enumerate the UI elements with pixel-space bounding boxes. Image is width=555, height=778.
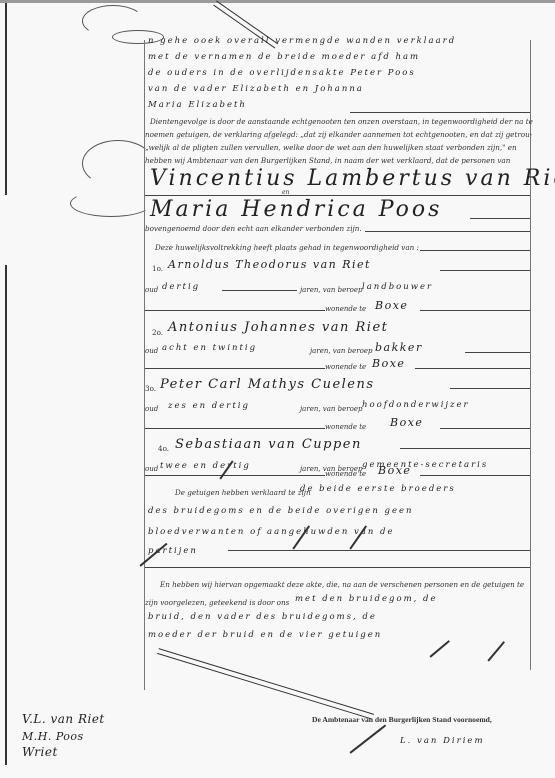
flourish-mid-loop — [70, 190, 152, 217]
witness-2-oud-label: oud — [145, 347, 158, 355]
witness-2-wonende-label: wonende te — [325, 363, 366, 371]
left-margin-line — [5, 3, 7, 195]
witness-relation-line-2: des bruidegoms en de beide overigen geen — [148, 506, 414, 516]
witness-1-occupation: landbouwer — [362, 282, 433, 292]
relation-end-rule — [228, 550, 530, 551]
officer-caption: De Ambtenaar van den Burgerlijken Stand … — [312, 715, 492, 724]
united-rule — [365, 231, 530, 232]
witness-1-res-rule-2 — [420, 310, 530, 311]
closing-line-2: zijn voorgelezen, geteekend is door ons — [145, 598, 289, 607]
witnesses-intro: Deze huwelijksvoltrekking heeft plaats g… — [155, 243, 419, 252]
witness-1-age: dertig — [162, 282, 200, 292]
signature-groom: V.L. van Riet — [22, 712, 105, 726]
witness-4-number: 4o. — [158, 444, 169, 453]
signature-third: Wriet — [22, 745, 58, 759]
witness-4-name-rule — [400, 448, 530, 449]
witness-3-occupation: hoofdonderwijzer — [362, 400, 470, 410]
scan-top-edge — [0, 0, 555, 3]
witness-1-res-rule — [145, 310, 325, 311]
closing-hand-line-2: bruid, den vader des bruidegoms, de — [148, 612, 377, 622]
witness-2-residence: Boxe — [372, 357, 405, 370]
witness-4-res-rule — [145, 475, 325, 476]
witness-1-wonende-label: wonende te — [325, 305, 366, 313]
witness-3-name: Peter Carl Mathys Cuelens — [160, 377, 375, 392]
witness-2-age: acht en twintig — [162, 343, 257, 353]
witness-1-residence: Boxe — [375, 299, 408, 312]
declaration-line-3: „welijk al de pligten zullen vervullen, … — [145, 143, 517, 152]
witness-4-residence: Boxe — [378, 464, 411, 477]
signature-bride: M.H. Poos — [22, 730, 84, 743]
closing-hand-line-3: moeder der bruid en de vier getuigen — [148, 630, 382, 640]
left-margin-line-lower — [5, 265, 7, 765]
witness-3-residence: Boxe — [390, 416, 423, 429]
bride-name: Maria Hendrica Poos — [150, 197, 442, 222]
witness-1-name: Arnoldus Theodorus van Riet — [168, 258, 371, 271]
preamble-line-5: Maria Elizabeth — [148, 100, 247, 110]
witness-4-age: twee en dertig — [160, 461, 251, 471]
pen-slash — [350, 724, 386, 753]
declaration-line-2: noemen getuigen, de verklaring afgelegd:… — [145, 130, 532, 139]
witness-4-oud-label: oud — [145, 465, 158, 473]
witness-3-oud-label: oud — [145, 405, 158, 413]
declaration-line-4: hebben wij Ambtenaar van den Burgerlijke… — [145, 156, 510, 165]
witness-3-beroep-label: jaren, van beroep — [300, 405, 362, 413]
witness-1-age-rule — [222, 290, 297, 291]
pen-slash — [487, 641, 504, 661]
witness-3-wonende-label: wonende te — [325, 423, 366, 431]
united-text: bovengenoemd door den echt aan elkander … — [145, 224, 362, 233]
preamble-line-4: van de vader Elizabeth en Johanna — [148, 84, 364, 94]
officer-signature: L. van Diriem — [400, 736, 485, 746]
witness-declaration-text: De getuigen hebben verklaard te zijn — [175, 488, 311, 497]
witness-2-occ-rule — [465, 352, 530, 353]
witness-1-number: 1o. — [152, 264, 163, 273]
preamble-line-2: met de vernamen de breide moeder afd ham — [148, 52, 420, 62]
witnesses-intro-rule — [420, 250, 530, 251]
conjunction-en: en — [282, 189, 289, 196]
witness-relation-line-1: de beide eerste broeders — [300, 484, 456, 494]
preamble-line-1: n gehe ooek overall vermengde wanden ver… — [148, 36, 456, 46]
witness-3-name-rule — [450, 388, 530, 389]
closing-pen-stroke — [157, 648, 374, 720]
scanned-document-page: n gehe ooek overall vermengde wanden ver… — [0, 0, 555, 778]
witness-2-res-rule — [145, 368, 325, 369]
witness-4-name: Sebastiaan van Cuppen — [175, 437, 362, 452]
witness-2-number: 2o. — [152, 328, 163, 337]
witness-2-occupation: bakker — [375, 341, 423, 354]
bride-rule — [470, 218, 530, 219]
witness-2-name: Antonius Johannes van Riet — [168, 320, 388, 335]
witness-4-res-rule-2 — [420, 475, 530, 476]
witness-4-wonende-label: wonende te — [325, 470, 366, 478]
witness-3-number: 3o. — [145, 384, 156, 393]
pen-slash — [429, 640, 449, 657]
closing-line-1: En hebben wij hiervan opgemaakt deze akt… — [160, 580, 524, 589]
witness-3-res-rule — [145, 428, 325, 429]
witness-3-age: zes en dertig — [168, 401, 250, 411]
preamble-line-3: de ouders in de overlijdensakte Peter Po… — [148, 68, 416, 78]
groom-name: Vincentius Lambertus van Riet — [150, 166, 555, 191]
section-divider-rule — [145, 567, 530, 568]
witness-3-res-rule-2 — [440, 428, 530, 429]
witness-1-name-rule — [440, 270, 530, 271]
witness-1-beroep-label: jaren, van beroep — [300, 286, 362, 294]
witness-1-oud-label: oud — [145, 286, 158, 294]
declaration-line-1: Dientengevolge is door de aanstaande ech… — [150, 117, 533, 126]
witness-2-beroep-label: jaren, van beroep — [310, 347, 372, 355]
preamble-end-rule — [350, 112, 530, 113]
witness-2-res-rule-2 — [415, 368, 530, 369]
closing-hand-line-1: met den bruidegom, de — [295, 594, 438, 604]
